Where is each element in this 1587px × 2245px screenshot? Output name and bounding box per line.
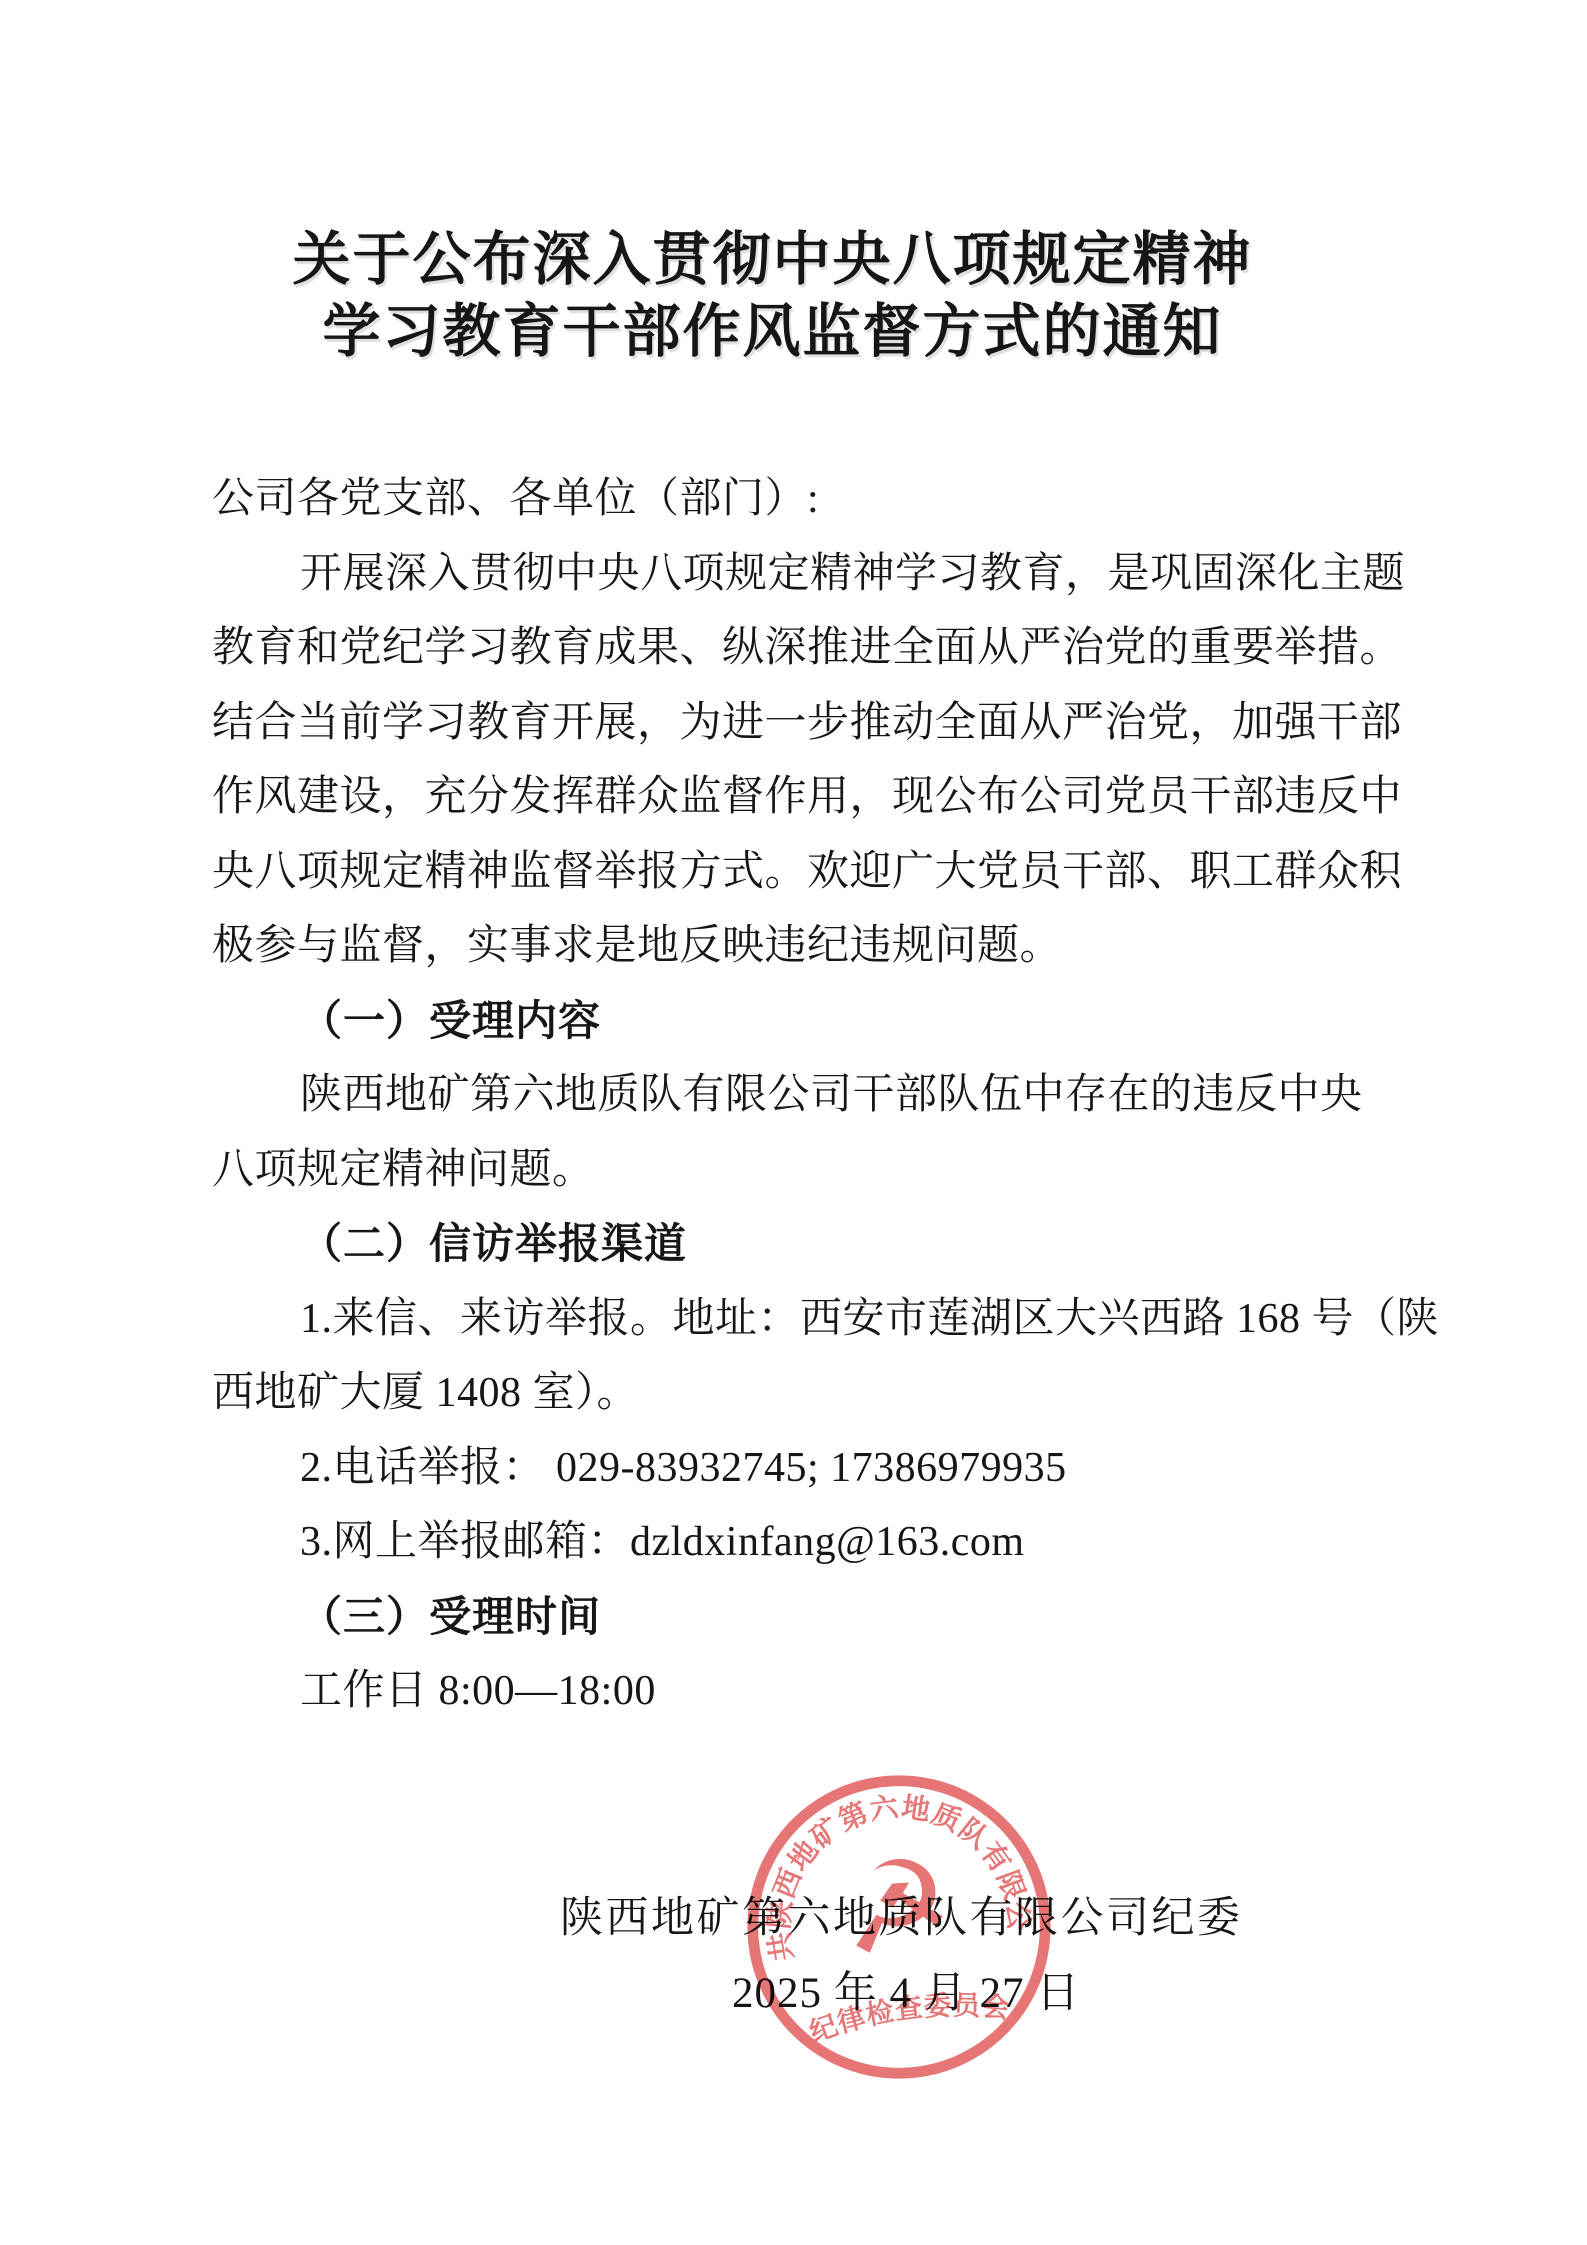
document-line: 陕西地矿第六地质队有限公司干部队伍中存在的违反中央 <box>212 1058 1387 1133</box>
official-seal: 中共陕西地矿第六地质队有限公司 纪律检查委员会 ☭ <box>724 1752 1074 2102</box>
document-line: 1.来信、来访举报。地址：西安市莲湖区大兴西路 168 号（陕 <box>212 1282 1387 1357</box>
document-line: 作风建设，充分发挥群众监督作用，现公布公司党员干部违反中 <box>212 760 1387 835</box>
document-line: 教育和党纪学习教育成果、纵深推进全面从严治党的重要举措。 <box>212 611 1387 686</box>
document-line: 3.网上举报邮箱：dzldxinfang@163.com <box>212 1505 1387 1580</box>
document-line: 工作日 8:00—18:00 <box>212 1654 1387 1729</box>
document-line: 极参与监督，实事求是地反映违纪违规问题。 <box>212 909 1387 984</box>
document-line: 2.电话举报： 029-83932745; 17386979935 <box>212 1431 1387 1506</box>
seal-bottom-text: 纪律检查委员会 <box>804 1980 1016 2048</box>
document-line: 结合当前学习教育开展，为进一步推动全面从严治党，加强干部 <box>212 686 1387 761</box>
notice-document-page: 关于公布深入贯彻中央八项规定精神 学习教育干部作风监督方式的通知 公司各党支部、… <box>0 0 1587 2245</box>
title-line-2: 学习教育干部作风监督方式的通知 <box>0 296 1545 368</box>
title-line-1: 关于公布深入贯彻中央八项规定精神 <box>0 224 1545 296</box>
document-line: 西地矿大厦 1408 室）。 <box>212 1356 1387 1431</box>
document-body: 公司各党支部、各单位（部门）: 开展深入贯彻中央八项规定精神学习教育，是巩固深化… <box>212 462 1387 1729</box>
document-line: 开展深入贯彻中央八项规定精神学习教育，是巩固深化主题 <box>212 537 1387 612</box>
section-heading-2: （二）信访举报渠道 <box>212 1207 1387 1282</box>
section-heading-3: （三）受理时间 <box>212 1580 1387 1655</box>
salutation-line: 公司各党支部、各单位（部门）: <box>212 462 1387 537</box>
svg-text:纪律检查委员会: 纪律检查委员会 <box>804 1980 1016 2048</box>
document-line: 八项规定精神问题。 <box>212 1133 1387 1208</box>
section-heading-1: （一）受理内容 <box>212 984 1387 1059</box>
document-line: 央八项规定精神监督举报方式。欢迎广大党员干部、职工群众积 <box>212 835 1387 910</box>
hammer-sickle-icon: ☭ <box>834 1832 960 1981</box>
document-title: 关于公布深入贯彻中央八项规定精神 学习教育干部作风监督方式的通知 <box>0 0 1587 368</box>
